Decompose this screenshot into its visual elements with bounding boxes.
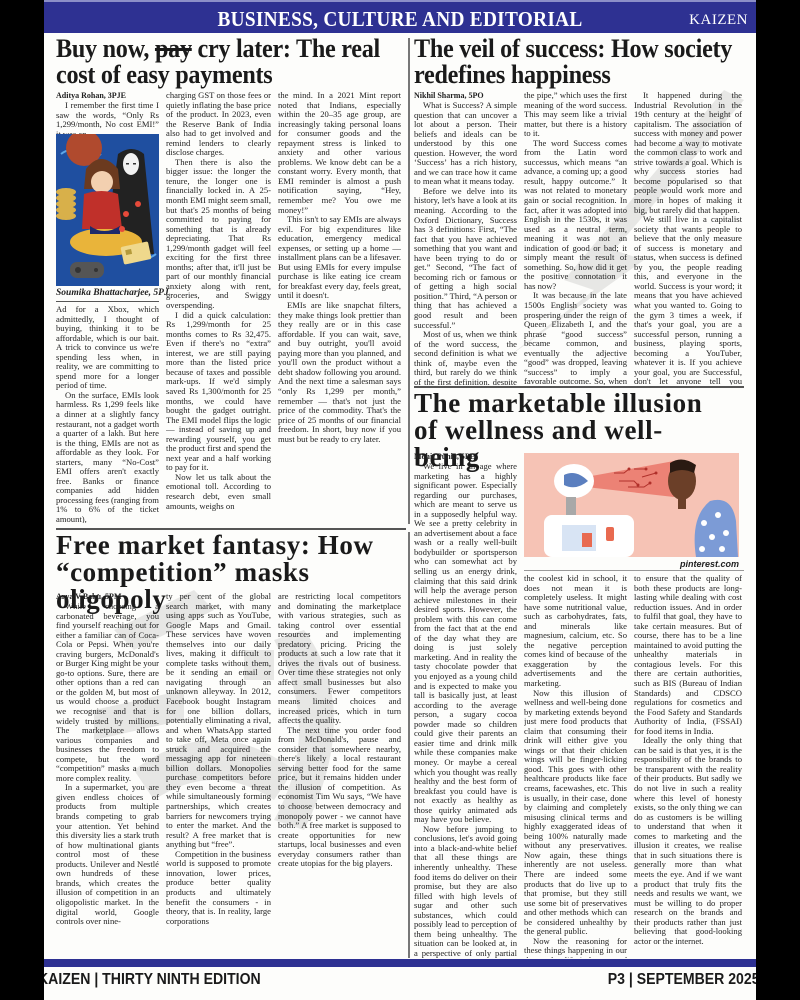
masthead: BUSINESS, CULTURE AND EDITORIAL KAIZEN — [44, 0, 756, 33]
byline: Nikhil Sharma, 5PO — [414, 91, 484, 100]
illustration-girl-with-coins — [56, 134, 159, 286]
article-column: the pipe,” which uses the first meaning … — [524, 91, 627, 385]
article-column: What is Success? A simple question that … — [414, 101, 517, 385]
caption-rule — [56, 301, 159, 302]
illustration-art — [524, 453, 739, 557]
image-credit: pinterest.com — [524, 559, 739, 569]
article-column: the coolest kid in school, it does not m… — [524, 574, 627, 958]
article-success: The veil of success: How society redefin… — [414, 36, 754, 88]
illustration-art — [56, 134, 159, 286]
column-divider — [408, 38, 410, 524]
illustration-robot-and-person — [524, 453, 739, 557]
article-column: charging GST on those fees or quietly in… — [166, 91, 271, 523]
byline: Aditya Rohan, 3PJE — [56, 91, 126, 100]
article-headline: The veil of success: How society redefin… — [414, 36, 749, 88]
article-column: Ad for a Xbox, which admittedly, I thoug… — [56, 305, 159, 523]
article-column: While choosing a carbonated beverage, yo… — [56, 602, 159, 958]
footer-page-date: P3 | SEPTEMBER 2025 — [608, 971, 756, 989]
byline: Arya V Babu, 5PM — [56, 592, 122, 601]
byline: Mohit Punia, 5PE — [414, 452, 475, 461]
newspaper-page: BUSINESS, CULTURE AND EDITORIAL KAIZEN B… — [44, 0, 756, 1000]
credit-rule — [524, 570, 744, 571]
article-column: ty per cent of the global search market,… — [166, 592, 271, 958]
brand-name: KAIZEN — [689, 12, 748, 29]
article-headline: Buy now, pay cry later: The real cost of… — [56, 36, 409, 88]
article-column: to ensure that the quality of both these… — [634, 574, 742, 958]
article-column: It happened during the Industrial Revolu… — [634, 91, 742, 385]
article-column: We live in an age where marketing has a … — [414, 462, 517, 958]
footer-bar — [44, 959, 756, 967]
column-divider — [408, 532, 410, 958]
illustration-caption: Soumika Bhattacharjee, 5PJ — [56, 288, 159, 298]
footer-edition: KAIZEN | THIRTY NINTH EDITION — [44, 971, 261, 989]
struck-word: pay — [155, 34, 192, 63]
section-title: BUSINESS, CULTURE AND EDITORIAL — [72, 7, 727, 32]
article-bnpl: Buy now, pay cry later: The real cost of… — [56, 36, 406, 88]
article-column: the mind. In a 2021 Mint report noted th… — [278, 91, 401, 523]
article-column: are restricting local competitors and do… — [278, 592, 401, 958]
